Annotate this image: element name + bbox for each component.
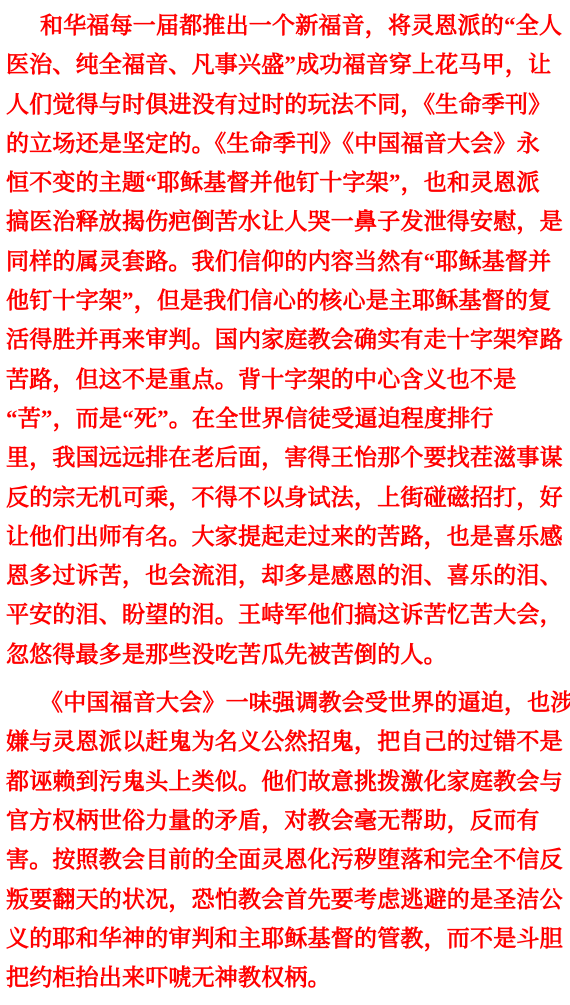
- text-line: 苦路，但这不是重点。背十字架的中心含义也不是: [6, 360, 566, 399]
- text-line: 忽悠得最多是那些没吃苦瓜先被苦倒的人。: [6, 635, 566, 674]
- text-line: 《中国福音大会》一味强调教会受世界的逼迫，也涉: [6, 683, 566, 722]
- text-line: 恩多过诉苦，也会流泪，却多是感恩的泪、喜乐的泪、: [6, 556, 566, 595]
- document-page: 和华福每一届都推出一个新福音，将灵恩派的“全人 医治、纯全福音、凡事兴盛”成功福…: [0, 0, 570, 1005]
- text-line: 恒不变的主题“耶稣基督并他钉十字架”，也和灵恩派: [6, 163, 566, 202]
- paragraph-1: 和华福每一届都推出一个新福音，将灵恩派的“全人 医治、纯全福音、凡事兴盛”成功福…: [6, 6, 566, 674]
- text-line: 反的宗无机可乘，不得不以身试法，上街碰磁招打，好: [6, 478, 566, 517]
- text-line: 和华福每一届都推出一个新福音，将灵恩派的“全人: [6, 6, 566, 45]
- text-line: 平安的泪、盼望的泪。王峙军他们搞这诉苦忆苦大会，: [6, 595, 566, 634]
- text-line: 害。按照教会目前的全面灵恩化污秽堕落和完全不信反: [6, 840, 566, 879]
- text-line: “苦”，而是“死”。在全世界信徒受逼迫程度排行: [6, 399, 566, 438]
- text-line: 嫌与灵恩派以赶鬼为名义公然招鬼，把自己的过错不是: [6, 722, 566, 761]
- text-line: 叛要翻天的状况，恐怕教会首先要考虑逃避的是圣洁公: [6, 880, 566, 919]
- text-line: 搞医治释放揭伤疤倒苦水让人哭一鼻子发泄得安慰，是: [6, 202, 566, 241]
- paragraph-2: 《中国福音大会》一味强调教会受世界的逼迫，也涉 嫌与灵恩派以赶鬼为名义公然招鬼，…: [6, 683, 566, 997]
- text-line: 同样的属灵套路。我们信仰的内容当然有“耶稣基督并: [6, 242, 566, 281]
- text-line: 医治、纯全福音、凡事兴盛”成功福音穿上花马甲，让: [6, 45, 566, 84]
- text-line: 义的耶和华神的审判和主耶稣基督的管教，而不是斗胆: [6, 919, 566, 958]
- text-line: 里，我国远远排在老后面，害得王怡那个要找茬滋事谋: [6, 438, 566, 477]
- text-line: 让他们出师有名。大家提起走过来的苦路，也是喜乐感: [6, 517, 566, 556]
- text-line: 把约柜抬出来吓唬无神教权柄。: [6, 958, 566, 997]
- text-line: 的立场还是坚定的。《生命季刊》《中国福音大会》永: [6, 124, 566, 163]
- text-line: 官方权柄世俗力量的矛盾，对教会毫无帮助，反而有: [6, 801, 566, 840]
- text-line: 人们觉得与时俱进没有过时的玩法不同，《生命季刊》: [6, 85, 566, 124]
- text-line: 都诬赖到污鬼头上类似。他们故意挑拨激化家庭教会与: [6, 762, 566, 801]
- text-line: 他钉十字架”，但是我们信心的核心是主耶稣基督的复: [6, 281, 566, 320]
- text-line: 活得胜并再来审判。国内家庭教会确实有走十字架窄路: [6, 320, 566, 359]
